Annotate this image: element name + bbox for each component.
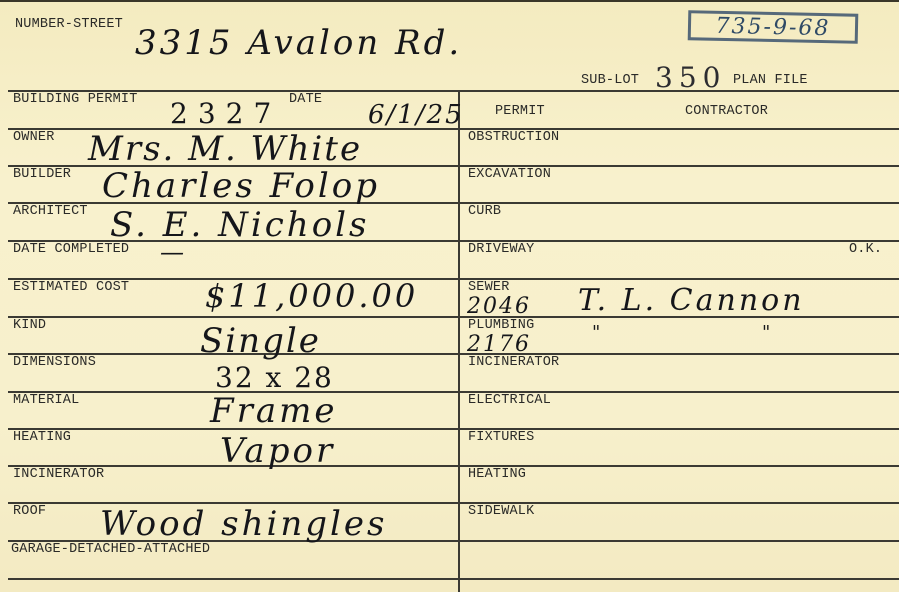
field-value-architect: S. E. Nichols (110, 208, 370, 242)
permit-label-plumbing: PLUMBING (468, 319, 534, 333)
field-value-estimated-cost: $11,000.00 (205, 280, 418, 312)
field-label-owner: OWNER (13, 131, 55, 145)
ruled-line (8, 465, 899, 467)
date-value: 6/1/25 (368, 102, 464, 128)
contractor-sewer: T. L. Cannon (578, 286, 805, 316)
ruled-line (8, 353, 899, 355)
date-label: DATE (289, 93, 322, 107)
sub-lot-value: 350 (655, 64, 726, 92)
field-value-kind: Single (200, 324, 321, 358)
field-label-date-completed: DATE COMPLETED (13, 243, 129, 257)
ditto-mark: " (592, 324, 600, 342)
field-label-building-permit: BUILDING PERMIT (13, 93, 138, 107)
permit-label-sidewalk: SIDEWALK (468, 505, 534, 519)
field-label-material: MATERIAL (13, 394, 79, 408)
field-label-roof: ROOF (13, 505, 46, 519)
sub-lot-label: SUB-LOT (581, 74, 639, 88)
field-label-incinerator: INCINERATOR (13, 468, 104, 482)
ruled-line (8, 428, 899, 430)
ruled-line (8, 278, 899, 280)
field-label-kind: KIND (13, 319, 46, 333)
permit-number-sewer: 2046 (467, 296, 531, 318)
ruled-line (8, 90, 899, 92)
ruled-line (8, 391, 899, 393)
field-label-estimated-cost: ESTIMATED COST (13, 281, 129, 295)
permit-label-curb: CURB (468, 205, 501, 219)
permit-label-driveway: DRIVEWAY (468, 243, 534, 257)
field-value-roof: Wood shingles (100, 507, 387, 541)
permit-label-obstruction: OBSTRUCTION (468, 131, 559, 145)
field-value-material: Frame (210, 394, 337, 428)
permit-label-excavation: EXCAVATION (468, 168, 551, 182)
permit-label-electrical: ELECTRICAL (468, 394, 551, 408)
permit-column-header: PERMIT (495, 105, 545, 119)
field-value-owner: Mrs. M. White (88, 132, 362, 166)
field-label-garage-detached-attached: GARAGE-DETACHED-ATTACHED (11, 543, 210, 557)
column-divider (458, 90, 460, 592)
permit-label-incinerator: INCINERATOR (468, 356, 559, 370)
permit-card: NUMBER-STREET 3315 Avalon Rd. 735-9-68 S… (0, 0, 899, 592)
ruled-line (8, 578, 899, 580)
field-value-building-permit: 2327 (170, 100, 281, 128)
number-street-value: 3315 Avalon Rd. (135, 26, 462, 60)
permit-label-fixtures: FIXTURES (468, 431, 534, 445)
field-label-architect: ARCHITECT (13, 205, 88, 219)
permit-label-sewer: SEWER (468, 281, 510, 295)
plan-file-label: PLAN FILE (733, 74, 808, 88)
field-label-builder: BUILDER (13, 168, 71, 182)
ditto-mark: " (762, 324, 770, 342)
permit-number-plumbing: 2176 (467, 334, 531, 356)
note-driveway: O.K. (849, 243, 882, 257)
file-number-value: 735-9-68 (715, 13, 830, 40)
contractor-column-header: CONTRACTOR (685, 105, 768, 119)
field-label-heating: HEATING (13, 431, 71, 445)
field-value-builder: Charles Folop (102, 169, 380, 203)
field-value-date-completed: — (160, 240, 184, 264)
number-street-label: NUMBER-STREET (15, 18, 123, 32)
permit-label-heating: HEATING (468, 468, 526, 482)
file-number-stamp: 735-9-68 (688, 10, 859, 44)
field-label-dimensions: DIMENSIONS (13, 356, 96, 370)
field-value-heating: Vapor (220, 434, 335, 468)
field-value-dimensions: 32 x 28 (215, 364, 334, 392)
